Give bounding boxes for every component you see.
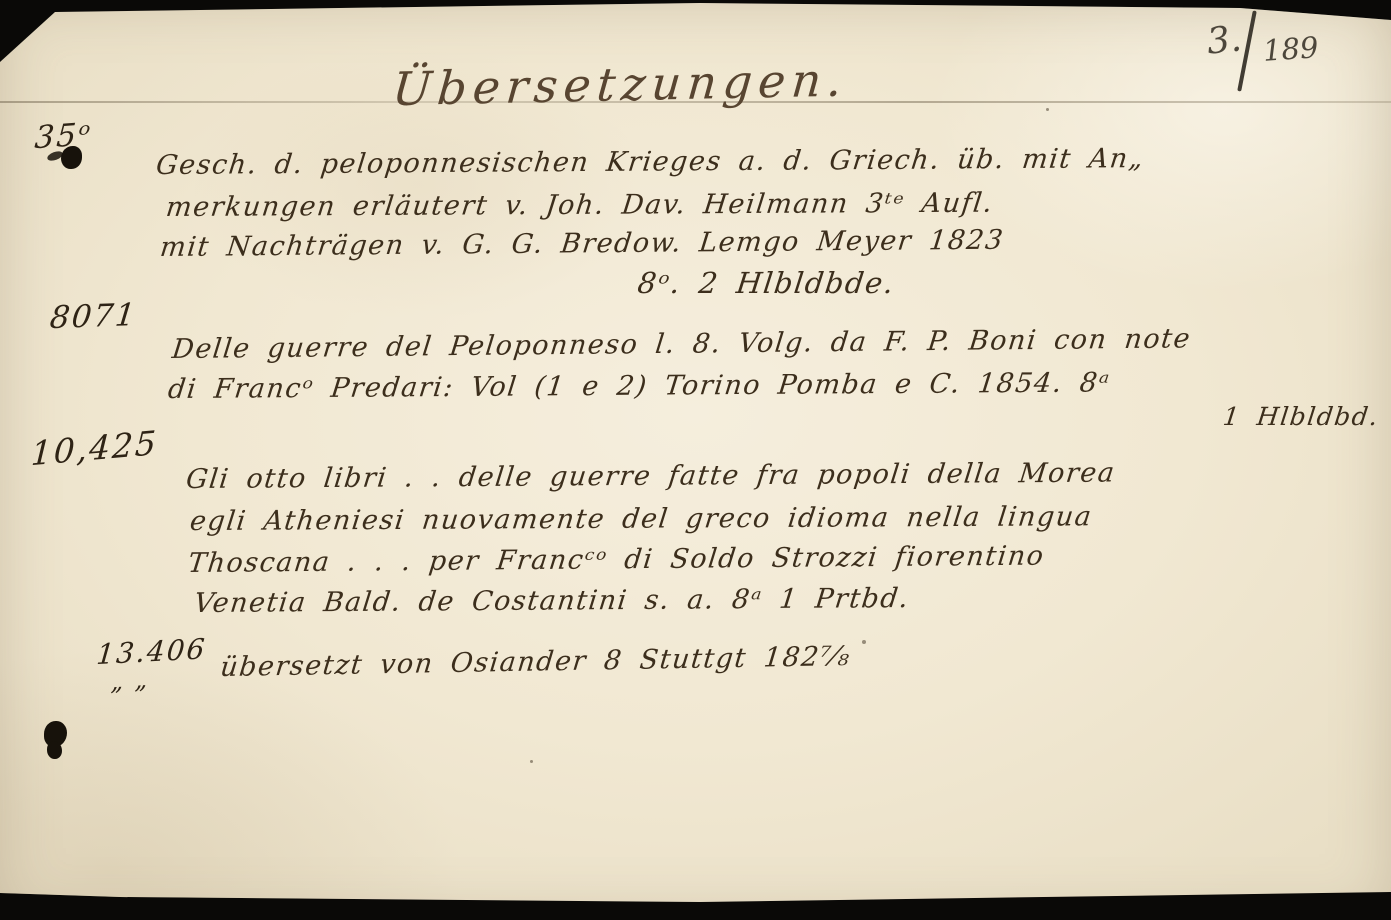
ditto-marks: „ „ <box>110 665 150 696</box>
folio-prefix: 3. <box>1205 18 1243 62</box>
entry-line: Gli otto libri . . delle guerre fatte fr… <box>184 458 1117 496</box>
paper-speck <box>530 760 533 763</box>
entry-number: 8071 <box>48 297 139 336</box>
entry-line: merkungen erläutert v. Joh. Dav. Heilman… <box>164 188 995 223</box>
entry-line: Venetia Bald. de Costantini s. a. 8ᵃ 1 P… <box>192 583 911 619</box>
entry-line: di Francᵒ Predari: Vol (1 e 2) Torino Po… <box>166 367 1112 405</box>
ink-blot <box>61 146 82 169</box>
folio-number: 189 <box>1262 30 1320 68</box>
paper-speck <box>862 640 866 644</box>
paper-speck <box>1046 108 1049 111</box>
page-title: Übersetzungen. <box>390 52 850 116</box>
binding-note: 1 Hlbldbd. <box>1221 402 1380 431</box>
entry-number: 13.406 <box>95 632 208 671</box>
entry-format-line: 8ᵒ. 2 Hlbldbde. <box>636 266 897 300</box>
entry-line: egli Atheniesi nuovamente del greco idio… <box>188 501 1094 537</box>
